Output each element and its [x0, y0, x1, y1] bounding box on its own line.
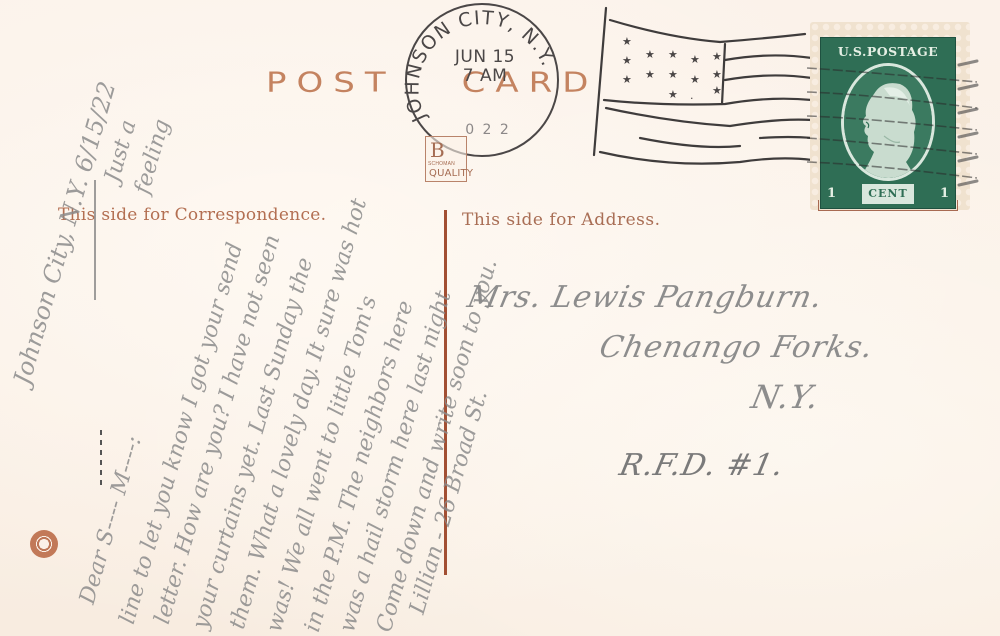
svg-text:★: ★	[645, 68, 655, 81]
quality-tagline: QUALITY	[429, 168, 473, 179]
correspondence-label: This side for Correspondence.	[58, 205, 326, 225]
publisher-logo-icon	[30, 530, 58, 558]
address-line-name: Mrs. Lewis Pangburn.	[464, 280, 826, 315]
address-line-town: Chenango Forks.	[596, 330, 876, 365]
message-place-date: Johnson City, N.Y. 6/15/22	[8, 78, 121, 387]
postmark-time: 7 AM	[450, 67, 520, 86]
postmark-datetime: JUN 15 7 AM	[450, 48, 520, 86]
svg-text:★: ★	[645, 48, 655, 61]
pencil-stroke	[94, 180, 96, 300]
address-line-state: N.Y.	[748, 378, 823, 416]
svg-text:★: ★	[690, 53, 700, 66]
svg-text:★: ★	[668, 48, 678, 61]
postcard-back: POSTCARD ★★★ ★★★★ ★★★★ ★★·	[0, 0, 1000, 636]
quality-brand: SCHOMAN	[428, 161, 455, 167]
cancellation-lines-icon	[807, 38, 977, 208]
svg-text:·: ·	[690, 92, 694, 105]
stamp-guide-line	[818, 200, 958, 211]
svg-text:★: ★	[712, 68, 722, 81]
quality-logo-icon: B SCHOMAN QUALITY	[425, 136, 467, 182]
pencil-dashes	[100, 430, 102, 490]
address-line-rfd: R.F.D. #1.	[616, 448, 787, 483]
svg-text:★: ★	[712, 50, 722, 63]
svg-text:★: ★	[690, 73, 700, 86]
flag-cancel-icon: ★★★ ★★★★ ★★★★ ★★·	[590, 0, 820, 170]
postmark-digits: 0 2 2	[458, 122, 518, 138]
svg-text:★: ★	[622, 35, 632, 48]
svg-text:★: ★	[712, 84, 722, 97]
quality-monogram: B	[430, 139, 445, 161]
stamp-face: U.S.POSTAGE 1 CENT 1	[820, 37, 956, 209]
svg-text:★: ★	[622, 54, 632, 67]
svg-text:★: ★	[668, 68, 678, 81]
svg-text:★: ★	[622, 73, 632, 86]
address-label: This side for Address.	[462, 210, 661, 230]
postage-stamp: U.S.POSTAGE 1 CENT 1	[810, 22, 970, 210]
title-post: POST	[266, 66, 396, 99]
postmark-date: JUN 15	[450, 48, 520, 67]
svg-text:★: ★	[668, 88, 678, 101]
cancel-dashes-icon	[955, 55, 1000, 195]
